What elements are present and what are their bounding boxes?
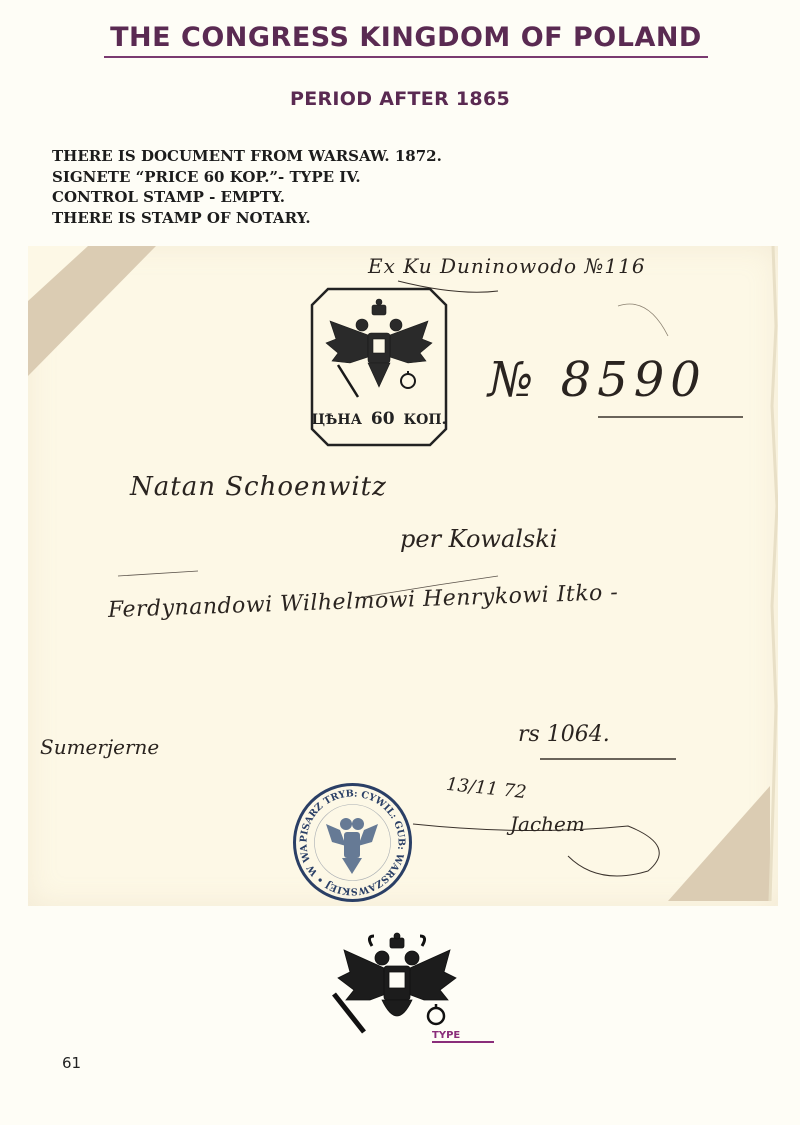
description-line: THERE IS DOCUMENT FROM WARSAW. 1872. — [52, 146, 442, 167]
page-subtitle: PERIOD AFTER 1865 — [0, 88, 800, 110]
signet-price-suffix: КОП. — [403, 412, 446, 428]
notary-stamp: PISARZ TRYB: CYWIL: GUB: WARSZAWSKIEJ • … — [290, 780, 415, 905]
handwritten-signature: Jachem — [510, 812, 585, 836]
page-title: THE CONGRESS KINGDOM OF POLAND — [104, 22, 708, 58]
type-eagle-illustration — [328, 932, 468, 1042]
type-label: TYPE — [432, 1030, 494, 1043]
handwritten-name: Natan Schoenwitz — [130, 472, 387, 502]
handwritten-place: per Kowalski — [400, 525, 557, 553]
double-headed-eagle-icon — [334, 933, 456, 1032]
signet-price-value: 60 — [371, 409, 395, 429]
eagle-icon — [326, 818, 378, 874]
handwritten-left-note: Sumerjerne — [40, 735, 159, 759]
description-line: CONTROL STAMP - EMPTY. — [52, 187, 442, 208]
description-line: SIGNETE “PRICE 60 KOP.”- TYPE IV. — [52, 167, 442, 188]
signet-price-prefix: ЦѢНА — [312, 412, 362, 428]
signet-price: ЦѢНА 60 КОП. — [310, 409, 448, 429]
double-headed-eagle-icon — [326, 299, 432, 397]
handwritten-reference: Ex Ku Duninowodo №116 — [368, 254, 646, 278]
handwritten-amount: rs 1064. — [518, 722, 610, 747]
description-block: THERE IS DOCUMENT FROM WARSAW. 1872. SIG… — [52, 146, 442, 228]
description-line: THERE IS STAMP OF NOTARY. — [52, 208, 442, 229]
page-number: 61 — [62, 1054, 81, 1072]
handwritten-register-number: № 8590 — [488, 352, 707, 408]
